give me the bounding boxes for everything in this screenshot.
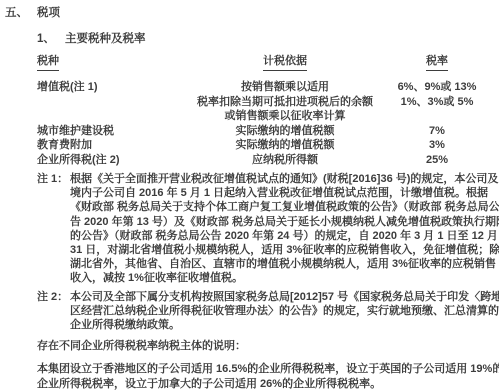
paragraph-different-rates-intro: 存在不同企业所得税税率纳税主体的说明： (37, 339, 499, 353)
table-row-corporate-income-tax: 企业所得税(注 2) 应纳税所得额 25% (37, 153, 499, 168)
cell-tax-type: 增值税(注 1) (37, 80, 160, 124)
table-row-urban-maintenance-tax: 城市维护建设税 实际缴纳的增值税额 7% (37, 124, 499, 139)
cell-tax-type: 企业所得税(注 2) (37, 153, 160, 168)
cell-basis: 应纳税所得额 (160, 153, 410, 168)
column-header-rate: 税率 (394, 54, 480, 71)
cell-rate: 6%、9%或 13% 1%、3%或 5% (394, 80, 480, 124)
table-row-vat: 增值税(注 1) 按销售额乘以适用 税率扣除当期可抵扣进项税后的余额 或销售额乘… (37, 80, 499, 124)
cell-tax-type: 城市维护建设税 (37, 124, 160, 139)
subsection-number: 1、 (37, 33, 65, 46)
cell-basis: 实际缴纳的增值税额 (160, 138, 410, 153)
cell-basis: 按销售额乘以适用 税率扣除当期可抵扣进项税后的余额 或销售额乘以征收率计算 (160, 80, 410, 124)
footnote-1-text: 根据《关于全面推开营业税改征增值税试点的通知》(财税[2016]36 号)的规定… (70, 172, 499, 286)
paragraph-overseas-rates: 本集团设立于香港地区的子公司适用 16.5%的企业所得税税率，设立于英国的子公司… (37, 362, 499, 390)
section-heading: 五、税项 (5, 7, 499, 20)
table-row-education-surcharge: 教育费附加 实际缴纳的增值税额 3% (37, 138, 499, 153)
cell-rate: 7% (394, 124, 480, 139)
column-header-basis: 计税依据 (160, 54, 410, 71)
table-header-row: 税种 计税依据 税率 (37, 54, 499, 71)
cell-basis: 实际缴纳的增值税额 (160, 124, 410, 139)
footnote-2: 注 2： 本公司及全部下属分支机构按照国家税务总局[2012]57 号《国家税务… (37, 290, 499, 333)
section-title: 税项 (37, 7, 60, 19)
document-page: 五、税项 1、主要税种及税率 税种 计税依据 税率 增值税(注 1) 按销售额乘… (0, 0, 499, 392)
footnote-1: 注 1： 根据《关于全面推开营业税改征增值税试点的通知》(财税[2016]36 … (37, 172, 499, 286)
footnote-2-text: 本公司及全部下属分支机构按照国家税务总局[2012]57 号《国家税务总局关于印… (70, 290, 499, 333)
cell-rate: 25% (394, 153, 480, 168)
section-number: 五、 (5, 7, 37, 20)
footnote-1-label: 注 1： (37, 172, 70, 286)
cell-rate: 3% (394, 138, 480, 153)
column-header-tax-type: 税种 (37, 54, 160, 71)
subsection-heading: 1、主要税种及税率 (37, 33, 499, 46)
footnote-2-label: 注 2： (37, 290, 70, 333)
subsection-title: 主要税种及税率 (65, 33, 146, 45)
tax-table: 税种 计税依据 税率 增值税(注 1) 按销售额乘以适用 税率扣除当期可抵扣进项… (37, 54, 499, 167)
cell-tax-type: 教育费附加 (37, 138, 160, 153)
